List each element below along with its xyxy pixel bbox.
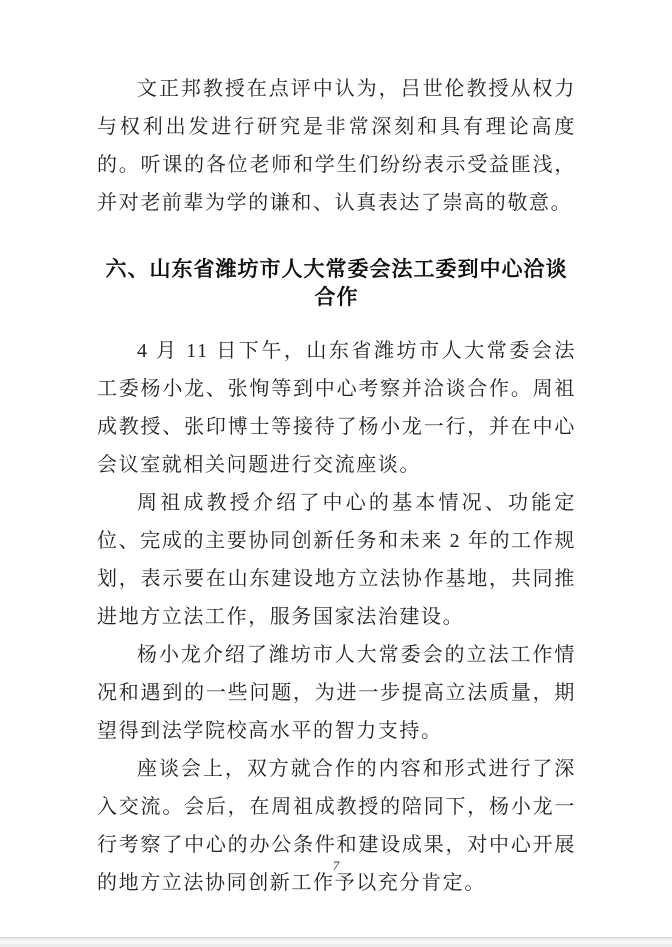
- paragraph-zhou-zucheng-intro: 周祖成教授介绍了中心的基本情况、功能定位、完成的主要协同创新任务和未来 2 年的…: [97, 484, 576, 636]
- paragraph-meeting-conclusion: 座谈会上，双方就合作的内容和形式进行了深入交流。会后，在周祖成教授的陪同下，杨小…: [97, 750, 576, 902]
- paragraph-yang-xiaolong-intro: 杨小龙介绍了潍坊市人大常委会的立法工作情况和遇到的一些问题，为进一步提高立法质量…: [97, 636, 576, 750]
- page-number: 7: [333, 858, 340, 873]
- horizontal-scrollbar-thumb[interactable]: [0, 940, 672, 944]
- paragraph-visit-april-11: 4 月 11 日下午，山东省潍坊市人大常委会法工委杨小龙、张恂等到中心考察并洽谈…: [97, 332, 576, 484]
- paragraph-wen-zhengbang-comment: 文正邦教授在点评中认为，吕世伦教授从权力与权利出发进行研究是非常深刻和具有理论高…: [97, 70, 576, 222]
- horizontal-scrollbar[interactable]: [0, 937, 672, 947]
- document-page: 文正邦教授在点评中认为，吕世伦教授从权力与权利出发进行研究是非常深刻和具有理论高…: [0, 0, 672, 947]
- section-heading-six: 六、山东省潍坊市人大常委会法工委到中心洽谈合作: [97, 256, 576, 312]
- page-content: 文正邦教授在点评中认为，吕世伦教授从权力与权利出发进行研究是非常深刻和具有理论高…: [97, 70, 576, 902]
- page-footer: 7: [0, 857, 672, 875]
